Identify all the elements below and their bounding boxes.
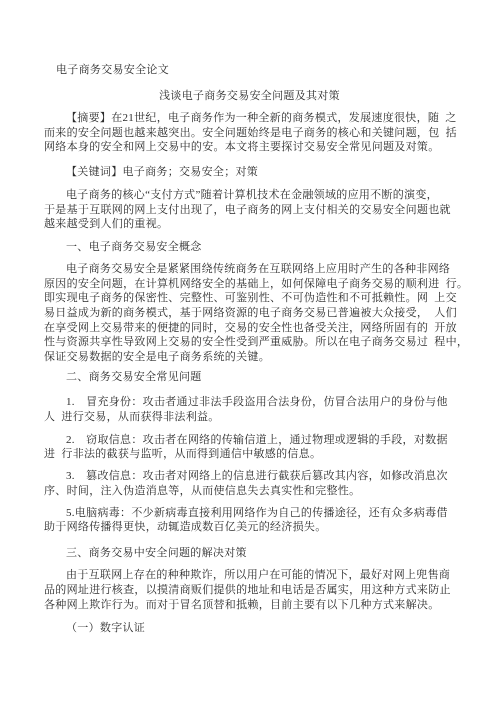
section-1-heading: 一、电子商务交易安全概念 (44, 240, 455, 255)
problem-item-5: 5.电脑病毒：不少新病毒直接利用网络作为自己的传播途径，还有众多病毒借 助于网络… (44, 506, 455, 535)
text-line: 【关键词】电子商务；交易安全；对策 (44, 165, 455, 180)
text-line: 网络本身的安全和网上交易中的安。本文将主要探讨交易安全常见问题及对策。 (44, 140, 455, 155)
text-line: 易日益成为新的商务模式，基于网络资源的电子商务交易已普遍被大众接受， 人们 (44, 306, 455, 321)
keywords-paragraph: 【关键词】电子商务；交易安全；对策 (44, 165, 455, 180)
abstract-paragraph: 【摘要】在21世纪，电子商务作为一种全新的商务模式，发展速度很快，随 之 而来的… (44, 111, 455, 155)
text-line: 性与资源共享性导致网上交易的安全性受到严重威胁。所以在电子商务交易过 程中， (44, 335, 455, 350)
text-line: 1. 冒充身份：攻击者通过非法手段盗用合法身份，仿冒合法用户的身份与他 (44, 395, 455, 410)
text-line: 3. 篡改信息：攻击者对网络上的信息进行截获后篡改其内容，如修改消息次 (44, 469, 455, 484)
text-line: 越来越受到人们的重视。 (44, 217, 455, 232)
text-line: 助于网络传播得更快，动辄造成数百亿美元的经济损失。 (44, 520, 455, 535)
problem-item-1: 1. 冒充身份：攻击者通过非法手段盗用合法身份，仿冒合法用户的身份与他 人 进行… (44, 395, 455, 424)
section-1-body: 电子商务交易安全是紧紧围绕传统商务在互联网络上应用时产生的各种非网络 原因的安全… (44, 262, 455, 364)
text-line: 人 进行交易，从而获得非法利益。 (44, 410, 455, 425)
text-line: 于是基于互联网的网上支付出现了，电子商务的网上支付相关的交易安全问题也就 (44, 203, 455, 218)
text-line: 而来的安全问题也越来越突出。安全问题始终是电子商务的核心和关键问题，包 括 (44, 126, 455, 141)
intro-paragraph: 电子商务的核心“支付方式”随着计算机技术在金融领域的应用不断的演变， 于是基于互… (44, 188, 455, 232)
text-line: 电子商务的核心“支付方式”随着计算机技术在金融领域的应用不断的演变， (44, 188, 455, 203)
page-content: 电子商务交易安全论文 浅谈电子商务交易安全问题及其对策 【摘要】在21世纪，电子… (0, 0, 500, 636)
text-line: 进 行非法的截获与监听，从而得到通信中敏感的信息。 (44, 447, 455, 462)
text-line: 原因的安全问题，在计算机网络安全的基础上，如何保障电子商务交易的顺利进 行。 (44, 277, 455, 292)
text-line: 品的网址进行核查，以摸清商贩们提供的地址和电话是否属实，用这种方式来防止 (44, 583, 455, 598)
text-line: 【摘要】在21世纪，电子商务作为一种全新的商务模式，发展速度很快，随 之 (44, 111, 455, 126)
section-3-body: 由于互联网上存在的种种欺诈，所以用户在可能的情况下，最好对网上兜售商 品的网址进… (44, 568, 455, 612)
text-line: 由于互联网上存在的种种欺诈，所以用户在可能的情况下，最好对网上兜售商 (44, 568, 455, 583)
text-line: 电子商务交易安全是紧紧围绕传统商务在互联网络上应用时产生的各种非网络 (44, 262, 455, 277)
document-page: 电子商务交易安全论文 浅谈电子商务交易安全问题及其对策 【摘要】在21世纪，电子… (0, 0, 500, 707)
text-line: 保证交易数据的安全是电子商务系统的关键。 (44, 350, 455, 365)
text-line: 各种网上欺诈行为。而对于冒名顶替和抵赖，目前主要有以下几种方式来解决。 (44, 598, 455, 613)
text-line: 即实现电子商务的保密性、完整性、可鉴别性、不可伪造性和不可抵赖性。网 上交 (44, 291, 455, 306)
section-3-heading: 三、商务交易中安全问题的解决对策 (44, 546, 455, 561)
section-2-heading: 二、商务交易安全常见问题 (44, 370, 455, 385)
problem-item-2: 2. 窃取信息：攻击者在网络的传输信道上，通过物理或逻辑的手段，对数据 进 行非… (44, 433, 455, 462)
doc-type-label: 电子商务交易安全论文 (44, 63, 455, 78)
problem-item-3: 3. 篡改信息：攻击者对网络上的信息进行截获后篡改其内容，如修改消息次 序、时间… (44, 469, 455, 498)
subsection-1-heading: （一）数字认证 (44, 621, 455, 636)
document-title: 浅谈电子商务交易安全问题及其对策 (44, 89, 455, 104)
text-line: 序、时间，注入伪造消息等，从而使信息失去真实性和完整性。 (44, 484, 455, 499)
text-line: 5.电脑病毒：不少新病毒直接利用网络作为自己的传播途径，还有众多病毒借 (44, 506, 455, 521)
text-line: 在享受网上交易带来的便捷的同时，交易的安全性也备受关注，网络所固有的 开放 (44, 321, 455, 336)
text-line: 2. 窃取信息：攻击者在网络的传输信道上，通过物理或逻辑的手段，对数据 (44, 433, 455, 448)
